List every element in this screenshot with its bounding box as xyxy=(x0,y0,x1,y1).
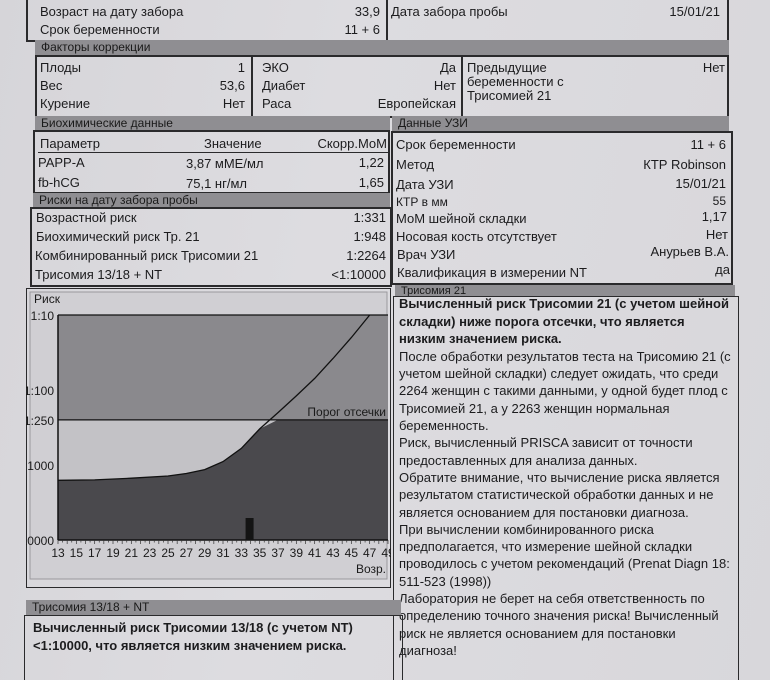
t21-text-line: После обработки результатов теста на Три… xyxy=(399,348,731,365)
t21-text-line: предполагается, что измерение шейной скл… xyxy=(399,538,692,555)
risk-age-label: Возрастной риск xyxy=(36,210,137,226)
t21-text-line: При вычислении комбинированного риска xyxy=(399,521,654,538)
t21-text-line: Риск, вычисленный PRISCA зависит от точн… xyxy=(399,434,693,451)
risk-biochem-label: Биохимический риск Тр. 21 xyxy=(36,229,200,245)
us-doctor-value: Анурьев В.А. xyxy=(600,244,729,260)
prisca-report: Возраст на дату забора 33,9 Срок беремен… xyxy=(0,0,770,680)
svg-text:19: 19 xyxy=(106,546,120,560)
t21-text-line: учетом шейной складки) следует ожидать, … xyxy=(399,365,718,382)
svg-text:23: 23 xyxy=(143,546,157,560)
biochem-row-hcg-mom: 1,65 xyxy=(300,175,384,191)
risk-t1318-value: <1:10000 xyxy=(280,267,386,283)
sample-date-label: Дата забора пробы xyxy=(391,4,508,20)
corr-prev-value: Нет xyxy=(640,60,725,76)
corr-prev-label-3: Трисомией 21 xyxy=(467,88,551,104)
age-label: Возраст на дату забора xyxy=(40,4,183,20)
corr-plody-label: Плоды xyxy=(40,60,81,76)
risk-age-value: 1:331 xyxy=(280,210,386,226)
t21-text-line: диагноза! xyxy=(399,642,457,659)
svg-text:1:100: 1:100 xyxy=(26,384,54,398)
t1318-header: Трисомия 13/18 + NT xyxy=(26,600,401,615)
svg-text:41: 41 xyxy=(308,546,322,560)
corr-diabetes-value: Нет xyxy=(360,78,456,94)
risk-combined-label: Комбинированный риск Трисомии 21 xyxy=(35,248,258,264)
t1318-line-1: Вычисленный риск Трисомии 13/18 (с учето… xyxy=(33,620,353,636)
svg-text:33: 33 xyxy=(235,546,249,560)
svg-text:13: 13 xyxy=(51,546,65,560)
corr-weight-value: 53,6 xyxy=(170,78,245,94)
svg-text:37: 37 xyxy=(271,546,285,560)
svg-text:29: 29 xyxy=(198,546,212,560)
t21-bold-line: Вычисленный риск Трисомии 21 (с учетом ш… xyxy=(399,295,729,312)
svg-text:15: 15 xyxy=(70,546,84,560)
us-method-value: КТР Robinson xyxy=(600,157,726,173)
corr-diabetes-label: Диабет xyxy=(262,78,305,94)
us-date-label: Дата УЗИ xyxy=(396,177,454,193)
t21-text-line: является основанием для постановки диагн… xyxy=(399,504,689,521)
corr-race-value: Европейская xyxy=(340,96,456,112)
t21-text-line: предоставленных для анализа данных. xyxy=(399,452,638,469)
us-gest-label: Срок беременности xyxy=(396,137,516,153)
svg-text:Риск: Риск xyxy=(34,292,61,306)
biochem-row-papp-value: 3,87 мМЕ/мл xyxy=(186,156,264,172)
biochem-row-hcg-value: 75,1 нг/мл xyxy=(186,176,247,192)
biochem-col-param: Параметр xyxy=(40,136,100,152)
ultrasound-header: Данные УЗИ xyxy=(392,116,729,131)
corr-weight-label: Вес xyxy=(40,78,62,94)
svg-text:Возр.: Возр. xyxy=(356,562,386,576)
risk-t1318-label: Трисомия 13/18 + NT xyxy=(35,267,162,283)
svg-text:49: 49 xyxy=(381,546,391,560)
svg-text:1:1000: 1:1000 xyxy=(26,459,54,473)
svg-text:45: 45 xyxy=(345,546,359,560)
corr-ivf-label: ЭКО xyxy=(262,60,289,76)
biochem-header: Биохимические данные xyxy=(35,116,390,130)
t21-text-line: Обратите внимание, что вычисление риска … xyxy=(399,469,720,486)
svg-text:17: 17 xyxy=(88,546,102,560)
gestation-label: Срок беременности xyxy=(40,22,160,38)
gestation-value: 11 + 6 xyxy=(300,22,380,38)
svg-text:27: 27 xyxy=(180,546,194,560)
svg-text:Порог отсечки: Порог отсечки xyxy=(307,405,386,419)
svg-text:1:10: 1:10 xyxy=(31,309,55,323)
biochem-row-papp-mom: 1,22 xyxy=(300,155,384,171)
corr-plody-value: 1 xyxy=(170,60,245,76)
us-method-label: Метод xyxy=(396,157,434,173)
svg-text:43: 43 xyxy=(326,546,340,560)
risks-header: Риски на дату забора пробы xyxy=(33,193,390,207)
svg-text:1:250: 1:250 xyxy=(26,414,54,428)
t21-text-line: результатом статистической обработки дан… xyxy=(399,486,713,503)
corr-ivf-value: Да xyxy=(360,60,456,76)
corr-smoking-value: Нет xyxy=(170,96,245,112)
sample-date-value: 15/01/21 xyxy=(600,4,720,20)
svg-text:35: 35 xyxy=(253,546,267,560)
t21-text-line: Лаборатория не берет на себя ответственн… xyxy=(399,590,705,607)
us-crl-value: 55 xyxy=(600,193,726,209)
t21-text-line: 2264 женщин с такими данными, у одной бу… xyxy=(399,382,728,399)
risk-combined-value: 1:2264 xyxy=(280,248,386,264)
svg-text:47: 47 xyxy=(363,546,377,560)
corr-smoking-label: Курение xyxy=(40,96,90,112)
biochem-row-hcg-name: fb-hCG xyxy=(38,175,80,191)
risk-chart: 1:101:1001:2501:10001:100001315171921232… xyxy=(26,288,391,588)
us-nt-mom-label: МоМ шейной складки xyxy=(396,211,527,227)
us-nt-mom-value: 1,17 xyxy=(600,209,727,225)
biochem-col-value: Значение xyxy=(204,136,262,152)
us-qual-label: Квалификация в измерении NT xyxy=(397,265,587,281)
us-nasal-label: Носовая кость отсутствует xyxy=(396,229,557,245)
us-crl-label: КТР в мм xyxy=(396,194,448,210)
t21-text-line: Трисомией 21, а у 2263 женщин нормальная xyxy=(399,400,670,417)
t21-text-line: проводилось с учетом рекомендаций (Prena… xyxy=(399,555,730,572)
biochem-col-mom: Скорр.МоМ xyxy=(290,136,387,152)
svg-text:21: 21 xyxy=(125,546,139,560)
biochem-row-papp-name: PAPP-A xyxy=(38,155,85,171)
correction-header: Факторы коррекции xyxy=(35,40,729,55)
us-qual-value: да xyxy=(600,262,730,278)
svg-text:1:10000: 1:10000 xyxy=(26,534,54,548)
svg-text:39: 39 xyxy=(290,546,304,560)
us-nasal-value: Нет xyxy=(600,227,728,243)
us-gest-value: 11 + 6 xyxy=(600,137,726,153)
age-value: 33,9 xyxy=(300,4,380,20)
t21-text-line: риск не является основанием для постанов… xyxy=(399,625,676,642)
t21-bold-line: складки) ниже порога отсечки, что являет… xyxy=(399,313,685,330)
us-date-value: 15/01/21 xyxy=(600,176,726,192)
svg-text:31: 31 xyxy=(216,546,230,560)
t21-text-line: беременность. xyxy=(399,417,489,434)
risk-biochem-value: 1:948 xyxy=(280,229,386,245)
t21-text-line: определению точного значения риска! Вычи… xyxy=(399,607,719,624)
t21-bold-line: низким значением риска. xyxy=(399,330,562,347)
us-doctor-label: Врач УЗИ xyxy=(397,247,455,263)
corr-race-label: Раса xyxy=(262,96,291,112)
t1318-line-2: <1:10000, что является низким значением … xyxy=(33,638,346,654)
t21-text-line: 511-523 (1998)) xyxy=(399,573,491,590)
svg-text:25: 25 xyxy=(161,546,175,560)
